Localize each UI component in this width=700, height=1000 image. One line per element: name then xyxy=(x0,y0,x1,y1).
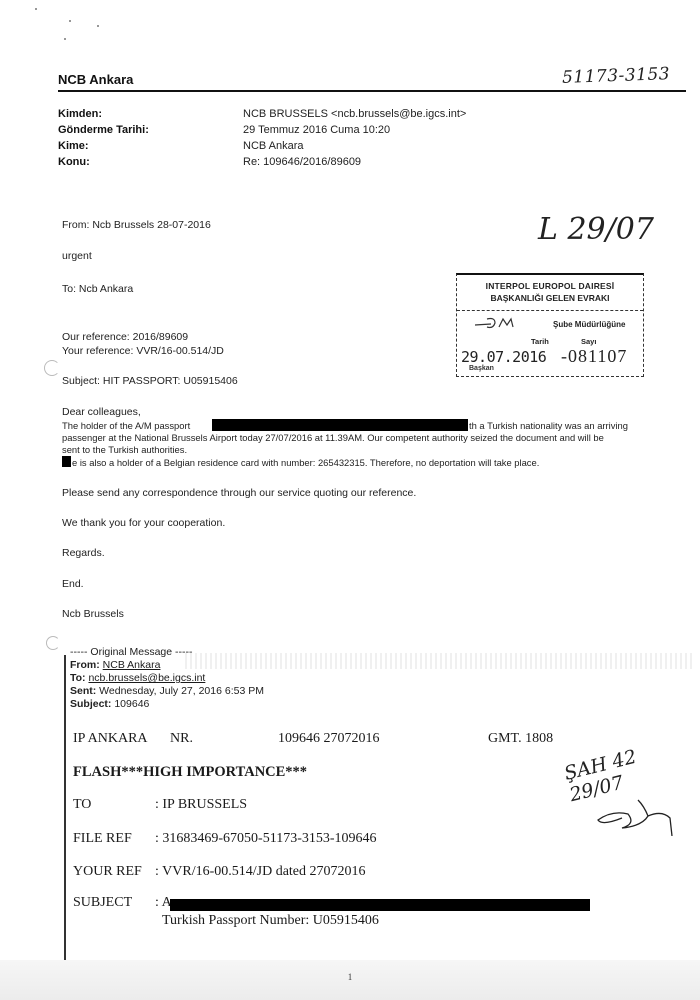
thanks-line: We thank you for your cooperation. xyxy=(62,517,225,529)
page-number: 1 xyxy=(0,972,700,982)
original-sent-label: Sent: xyxy=(70,685,96,697)
meta-label-subject: Konu: xyxy=(58,156,90,168)
message-from-line: From: Ncb Brussels 28-07-2016 xyxy=(62,219,211,231)
message-urgency: urgent xyxy=(62,250,92,262)
meta-label-to: Kime: xyxy=(58,140,89,152)
telex-to-value: : IP BRUSSELS xyxy=(155,797,247,813)
paragraph1-start: The holder of the A/M passport xyxy=(62,420,190,431)
our-reference: Our reference: 2016/89609 xyxy=(62,331,188,343)
received-stamp: INTERPOL EUROPOL DAIRESİ BAŞKANLIĞI GELE… xyxy=(456,273,644,377)
original-sent-value: Wednesday, July 27, 2016 6:53 PM xyxy=(99,685,264,697)
stamp-office: Şube Müdürlüğüne xyxy=(553,320,625,329)
telex-yourref-value: : VVR/16-00.514/JD dated 27072016 xyxy=(155,864,366,880)
meta-label-sent: Gönderme Tarihi: xyxy=(58,124,149,136)
scan-mark xyxy=(46,636,60,650)
scan-mark xyxy=(44,360,60,376)
stamp-number-label: Sayı xyxy=(581,337,596,346)
original-subject-label: Subject: xyxy=(70,698,111,710)
stamp-signer: Başkan xyxy=(469,365,494,372)
handwritten-note-stamp: L 29/07 xyxy=(538,212,654,247)
redaction-bar xyxy=(62,456,71,467)
telex-yourref-label: YOUR REF xyxy=(73,864,142,880)
original-subject-value: 109646 xyxy=(114,698,149,710)
telex-fileref-label: FILE REF xyxy=(73,831,132,847)
telex-nr-value: 109646 27072016 xyxy=(278,731,380,747)
stamp-number: -081107 xyxy=(561,346,627,367)
original-subject: Subject: 109646 xyxy=(70,698,149,710)
telex-origin: IP ANKARA xyxy=(73,731,148,747)
original-to: To: ncb.brussels@be.igcs.int xyxy=(70,672,205,684)
telex-priority: FLASH***HIGH IMPORTANCE*** xyxy=(73,764,307,781)
scan-speck xyxy=(35,8,37,10)
meta-value-subject: Re: 109646/2016/89609 xyxy=(243,156,361,168)
message-to-line: To: Ncb Ankara xyxy=(62,283,133,295)
original-to-link[interactable]: ncb.brussels@be.igcs.int xyxy=(88,672,205,684)
meta-value-sent: 29 Temmuz 2016 Cuma 10:20 xyxy=(243,124,390,136)
paragraph1-line3: sent to the Turkish authorities. xyxy=(62,444,187,455)
telex-gmt: GMT. 1808 xyxy=(488,731,553,747)
end-line: End. xyxy=(62,578,84,590)
message-subject: Subject: HIT PASSPORT: U05915406 xyxy=(62,375,238,387)
scan-speck xyxy=(97,25,99,27)
signature-scribble-icon xyxy=(592,796,682,836)
redaction-bar xyxy=(170,899,590,911)
telex-to-label: TO xyxy=(73,797,91,813)
original-message-divider: ----- Original Message ----- xyxy=(70,646,193,658)
paragraph1-line2: passenger at the National Brussels Airpo… xyxy=(62,432,604,443)
original-sent: Sent: Wednesday, July 27, 2016 6:53 PM xyxy=(70,685,264,697)
original-from-link[interactable]: NCB Ankara xyxy=(103,659,161,671)
stamp-line2: BAŞKANLIĞI GELEN EVRAKI xyxy=(457,293,643,303)
header-divider xyxy=(58,90,686,92)
redaction-bar xyxy=(212,419,468,431)
original-from-label: From: xyxy=(70,659,100,671)
telex-nr-label: NR. xyxy=(170,731,193,747)
handwritten-reference: 51173-3153 xyxy=(562,64,671,88)
paragraph1-after-redaction: th a Turkish nationality was an arriving xyxy=(469,420,628,431)
paragraph3: Please send any correspondence through o… xyxy=(62,487,416,499)
stamp-line1: INTERPOL EUROPOL DAIRESİ xyxy=(457,281,643,291)
scan-speck xyxy=(69,20,71,22)
telex-passport-line: Turkish Passport Number: U05915406 xyxy=(162,913,379,929)
initials-scribble-icon xyxy=(473,315,533,331)
stamp-divider xyxy=(457,310,643,311)
meta-value-from: NCB BRUSSELS <ncb.brussels@be.igcs.int> xyxy=(243,108,466,120)
stamp-date: 29.07.2016 xyxy=(461,348,546,366)
regards-line: Regards. xyxy=(62,547,105,559)
telex-subject-label: SUBJECT xyxy=(73,895,132,911)
original-from: From: NCB Ankara xyxy=(70,659,160,671)
meta-value-to: NCB Ankara xyxy=(243,140,304,152)
meta-label-from: Kimden: xyxy=(58,108,102,120)
stamp-date-label: Tarih xyxy=(531,337,549,346)
signature: Ncb Brussels xyxy=(62,608,124,620)
quote-bar xyxy=(64,655,66,965)
paragraph2: e is also a holder of a Belgian residenc… xyxy=(72,457,539,468)
telex-fileref-value: : 31683469-67050-51173-3153-109646 xyxy=(155,831,377,847)
greeting: Dear colleagues, xyxy=(62,406,141,418)
your-reference: Your reference: VVR/16-00.514/JD xyxy=(62,345,224,357)
document-header-title: NCB Ankara xyxy=(58,72,133,87)
scan-noise xyxy=(185,653,695,669)
scan-speck xyxy=(64,38,66,40)
original-to-label: To: xyxy=(70,672,86,684)
